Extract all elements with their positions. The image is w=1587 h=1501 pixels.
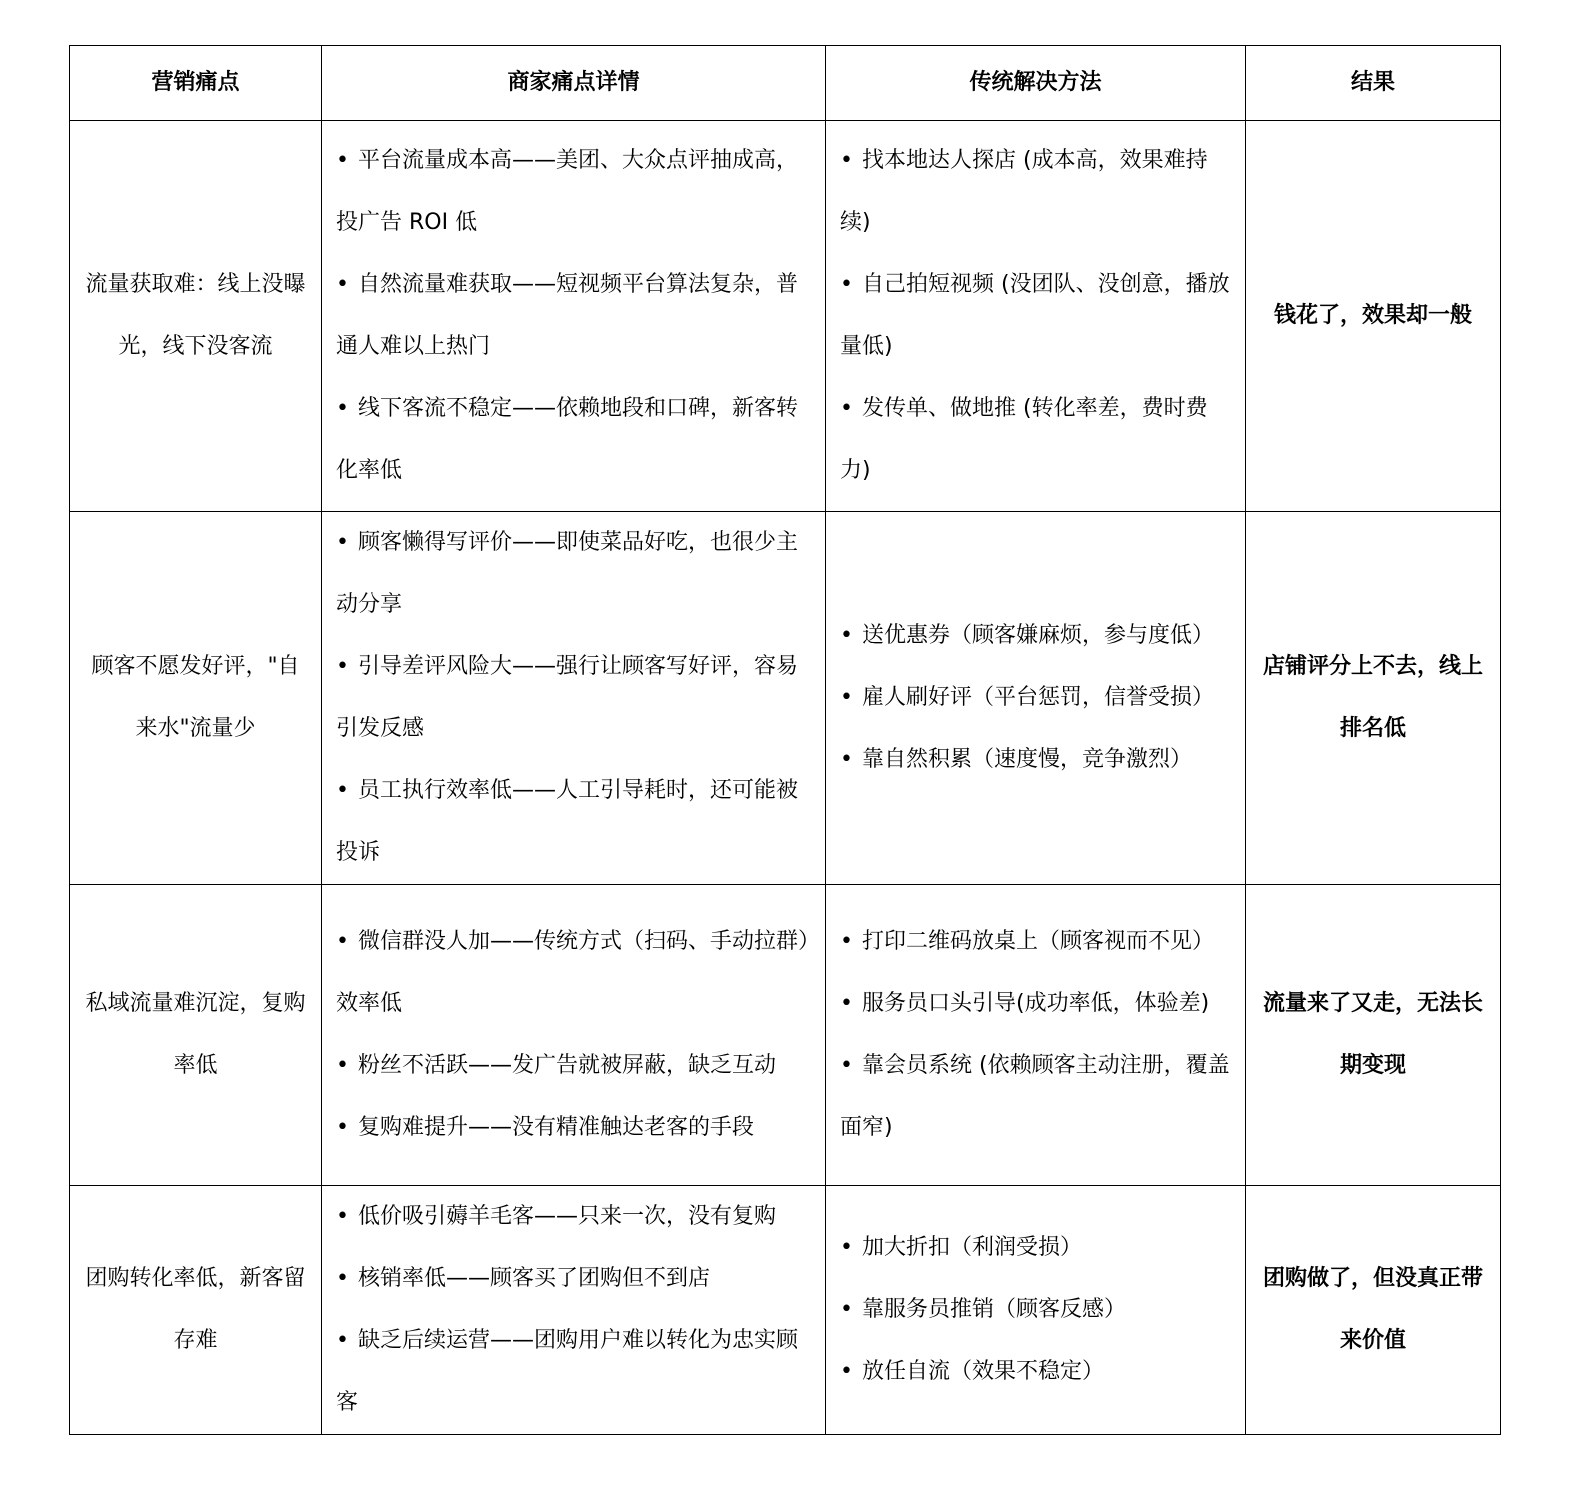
result-cell: 店铺评分上不去，线上排名低 (1246, 512, 1501, 885)
details-list: •顾客懒得写评价——即使菜品好吃，也很少主动分享 •引导差评风险大——强行让顾客… (336, 512, 813, 884)
bullet-icon: • (336, 1186, 358, 1248)
list-item-text: 靠服务员推销（顾客反感） (862, 1297, 1126, 1322)
bullet-icon: • (840, 605, 862, 667)
methods-cell: •送优惠券（顾客嫌麻烦，参与度低） •雇人刷好评（平台惩罚，信誉受损） •靠自然… (826, 512, 1246, 885)
list-item-text: 复购难提升——没有精准触达老客的手段 (358, 1115, 754, 1140)
header-pain-details: 商家痛点详情 (322, 46, 826, 121)
list-item-text: 打印二维码放桌上（顾客视而不见） (862, 929, 1214, 954)
list-item: •发传单、做地推 (转化率差，费时费力) (840, 378, 1233, 502)
list-item-text: 发传单、做地推 (转化率差，费时费力) (840, 396, 1208, 483)
details-cell: •低价吸引薅羊毛客——只来一次，没有复购 •核销率低——顾客买了团购但不到店 •… (322, 1186, 826, 1435)
table-row: 顾客不愿发好评，"自来水"流量少 •顾客懒得写评价——即使菜品好吃，也很少主动分… (70, 512, 1501, 885)
result-cell: 钱花了，效果却一般 (1246, 121, 1501, 512)
bullet-icon: • (336, 911, 358, 973)
bullet-icon: • (840, 130, 862, 192)
bullet-icon: • (840, 729, 862, 791)
pain-point-cell: 私域流量难沉淀，复购率低 (70, 885, 322, 1186)
list-item-text: 低价吸引薅羊毛客——只来一次，没有复购 (358, 1204, 776, 1229)
bullet-icon: • (336, 130, 358, 192)
bullet-icon: • (336, 254, 358, 316)
list-item-text: 自然流量难获取——短视频平台算法复杂，普通人难以上热门 (336, 272, 798, 359)
list-item: •微信群没人加——传统方式（扫码、手动拉群）效率低 (336, 911, 813, 1035)
list-item: •自然流量难获取——短视频平台算法复杂，普通人难以上热门 (336, 254, 813, 378)
list-item-text: 引导差评风险大——强行让顾客写好评，容易引发反感 (336, 654, 798, 741)
details-list: •平台流量成本高——美团、大众点评抽成高，投广告 ROI 低 •自然流量难获取—… (336, 130, 813, 502)
list-item: •送优惠券（顾客嫌麻烦，参与度低） (840, 605, 1233, 667)
header-result: 结果 (1246, 46, 1501, 121)
methods-cell: •加大折扣（利润受损） •靠服务员推销（顾客反感） •放任自流（效果不稳定） (826, 1186, 1246, 1435)
bullet-icon: • (336, 512, 358, 574)
methods-list: •找本地达人探店 (成本高，效果难持续) •自己拍短视频 (没团队、没创意，播放… (840, 130, 1233, 502)
bullet-icon: • (840, 1035, 862, 1097)
table-row: 私域流量难沉淀，复购率低 •微信群没人加——传统方式（扫码、手动拉群）效率低 •… (70, 885, 1501, 1186)
methods-cell: •打印二维码放桌上（顾客视而不见） •服务员口头引导(成功率低，体验差) •靠会… (826, 885, 1246, 1186)
bullet-icon: • (840, 1341, 862, 1403)
list-item: •自己拍短视频 (没团队、没创意，播放量低) (840, 254, 1233, 378)
details-cell: •微信群没人加——传统方式（扫码、手动拉群）效率低 •粉丝不活跃——发广告就被屏… (322, 885, 826, 1186)
details-list: •低价吸引薅羊毛客——只来一次，没有复购 •核销率低——顾客买了团购但不到店 •… (336, 1186, 813, 1434)
details-cell: •平台流量成本高——美团、大众点评抽成高，投广告 ROI 低 •自然流量难获取—… (322, 121, 826, 512)
table-row: 团购转化率低，新客留存难 •低价吸引薅羊毛客——只来一次，没有复购 •核销率低—… (70, 1186, 1501, 1435)
methods-list: •加大折扣（利润受损） •靠服务员推销（顾客反感） •放任自流（效果不稳定） (840, 1217, 1233, 1403)
list-item-text: 自己拍短视频 (没团队、没创意，播放量低) (840, 272, 1230, 359)
bullet-icon: • (840, 378, 862, 440)
list-item: •加大折扣（利润受损） (840, 1217, 1233, 1279)
list-item: •靠自然积累（速度慢，竞争激烈） (840, 729, 1233, 791)
list-item: •雇人刷好评（平台惩罚，信誉受损） (840, 667, 1233, 729)
header-pain-point: 营销痛点 (70, 46, 322, 121)
bullet-icon: • (840, 1217, 862, 1279)
pain-point-cell: 团购转化率低，新客留存难 (70, 1186, 322, 1435)
list-item: •平台流量成本高——美团、大众点评抽成高，投广告 ROI 低 (336, 130, 813, 254)
pain-point-cell: 流量获取难：线上没曝光，线下没客流 (70, 121, 322, 512)
list-item: •放任自流（效果不稳定） (840, 1341, 1233, 1403)
bullet-icon: • (840, 254, 862, 316)
list-item: •服务员口头引导(成功率低，体验差) (840, 973, 1233, 1035)
bullet-icon: • (840, 667, 862, 729)
header-traditional-methods: 传统解决方法 (826, 46, 1246, 121)
list-item: •找本地达人探店 (成本高，效果难持续) (840, 130, 1233, 254)
list-item-text: 粉丝不活跃——发广告就被屏蔽，缺乏互动 (358, 1053, 776, 1078)
list-item-text: 雇人刷好评（平台惩罚，信誉受损） (862, 685, 1214, 710)
methods-cell: •找本地达人探店 (成本高，效果难持续) •自己拍短视频 (没团队、没创意，播放… (826, 121, 1246, 512)
bullet-icon: • (840, 1279, 862, 1341)
details-cell: •顾客懒得写评价——即使菜品好吃，也很少主动分享 •引导差评风险大——强行让顾客… (322, 512, 826, 885)
bullet-icon: • (336, 1310, 358, 1372)
list-item: •复购难提升——没有精准触达老客的手段 (336, 1097, 813, 1159)
methods-list: •送优惠券（顾客嫌麻烦，参与度低） •雇人刷好评（平台惩罚，信誉受损） •靠自然… (840, 605, 1233, 791)
table-row: 流量获取难：线上没曝光，线下没客流 •平台流量成本高——美团、大众点评抽成高，投… (70, 121, 1501, 512)
list-item-text: 加大折扣（利润受损） (862, 1235, 1082, 1260)
list-item: •核销率低——顾客买了团购但不到店 (336, 1248, 813, 1310)
list-item-text: 缺乏后续运营——团购用户难以转化为忠实顾客 (336, 1328, 798, 1415)
list-item: •顾客懒得写评价——即使菜品好吃，也很少主动分享 (336, 512, 813, 636)
list-item: •员工执行效率低——人工引导耗时，还可能被投诉 (336, 760, 813, 884)
list-item: •低价吸引薅羊毛客——只来一次，没有复购 (336, 1186, 813, 1248)
list-item-text: 服务员口头引导(成功率低，体验差) (862, 991, 1209, 1016)
bullet-icon: • (336, 1248, 358, 1310)
bullet-icon: • (840, 911, 862, 973)
bullet-icon: • (336, 1035, 358, 1097)
list-item: •引导差评风险大——强行让顾客写好评，容易引发反感 (336, 636, 813, 760)
bullet-icon: • (336, 1097, 358, 1159)
bullet-icon: • (336, 636, 358, 698)
pain-point-cell: 顾客不愿发好评，"自来水"流量少 (70, 512, 322, 885)
list-item-text: 放任自流（效果不稳定） (862, 1359, 1104, 1384)
list-item: •粉丝不活跃——发广告就被屏蔽，缺乏互动 (336, 1035, 813, 1097)
list-item-text: 顾客懒得写评价——即使菜品好吃，也很少主动分享 (336, 530, 798, 617)
list-item-text: 核销率低——顾客买了团购但不到店 (358, 1266, 710, 1291)
bullet-icon: • (336, 378, 358, 440)
pain-point-table-container: 营销痛点 商家痛点详情 传统解决方法 结果 流量获取难：线上没曝光，线下没客流 … (69, 45, 1501, 1435)
result-cell: 团购做了，但没真正带来价值 (1246, 1186, 1501, 1435)
table-header-row: 营销痛点 商家痛点详情 传统解决方法 结果 (70, 46, 1501, 121)
list-item-text: 找本地达人探店 (成本高，效果难持续) (840, 148, 1208, 235)
result-cell: 流量来了又走，无法长期变现 (1246, 885, 1501, 1186)
list-item-text: 线下客流不稳定——依赖地段和口碑，新客转化率低 (336, 396, 798, 483)
list-item-text: 平台流量成本高——美团、大众点评抽成高，投广告 ROI 低 (336, 148, 798, 235)
list-item: •打印二维码放桌上（顾客视而不见） (840, 911, 1233, 973)
details-list: •微信群没人加——传统方式（扫码、手动拉群）效率低 •粉丝不活跃——发广告就被屏… (336, 911, 813, 1159)
list-item-text: 微信群没人加——传统方式（扫码、手动拉群）效率低 (336, 929, 809, 1016)
list-item: •靠会员系统 (依赖顾客主动注册，覆盖面窄) (840, 1035, 1233, 1159)
bullet-icon: • (840, 973, 862, 1035)
marketing-pain-point-table: 营销痛点 商家痛点详情 传统解决方法 结果 流量获取难：线上没曝光，线下没客流 … (69, 45, 1501, 1435)
list-item: •缺乏后续运营——团购用户难以转化为忠实顾客 (336, 1310, 813, 1434)
list-item-text: 靠会员系统 (依赖顾客主动注册，覆盖面窄) (840, 1053, 1230, 1140)
list-item: •线下客流不稳定——依赖地段和口碑，新客转化率低 (336, 378, 813, 502)
list-item-text: 员工执行效率低——人工引导耗时，还可能被投诉 (336, 778, 798, 865)
list-item-text: 送优惠券（顾客嫌麻烦，参与度低） (862, 623, 1214, 648)
methods-list: •打印二维码放桌上（顾客视而不见） •服务员口头引导(成功率低，体验差) •靠会… (840, 911, 1233, 1159)
bullet-icon: • (336, 760, 358, 822)
list-item-text: 靠自然积累（速度慢，竞争激烈） (862, 747, 1192, 772)
list-item: •靠服务员推销（顾客反感） (840, 1279, 1233, 1341)
